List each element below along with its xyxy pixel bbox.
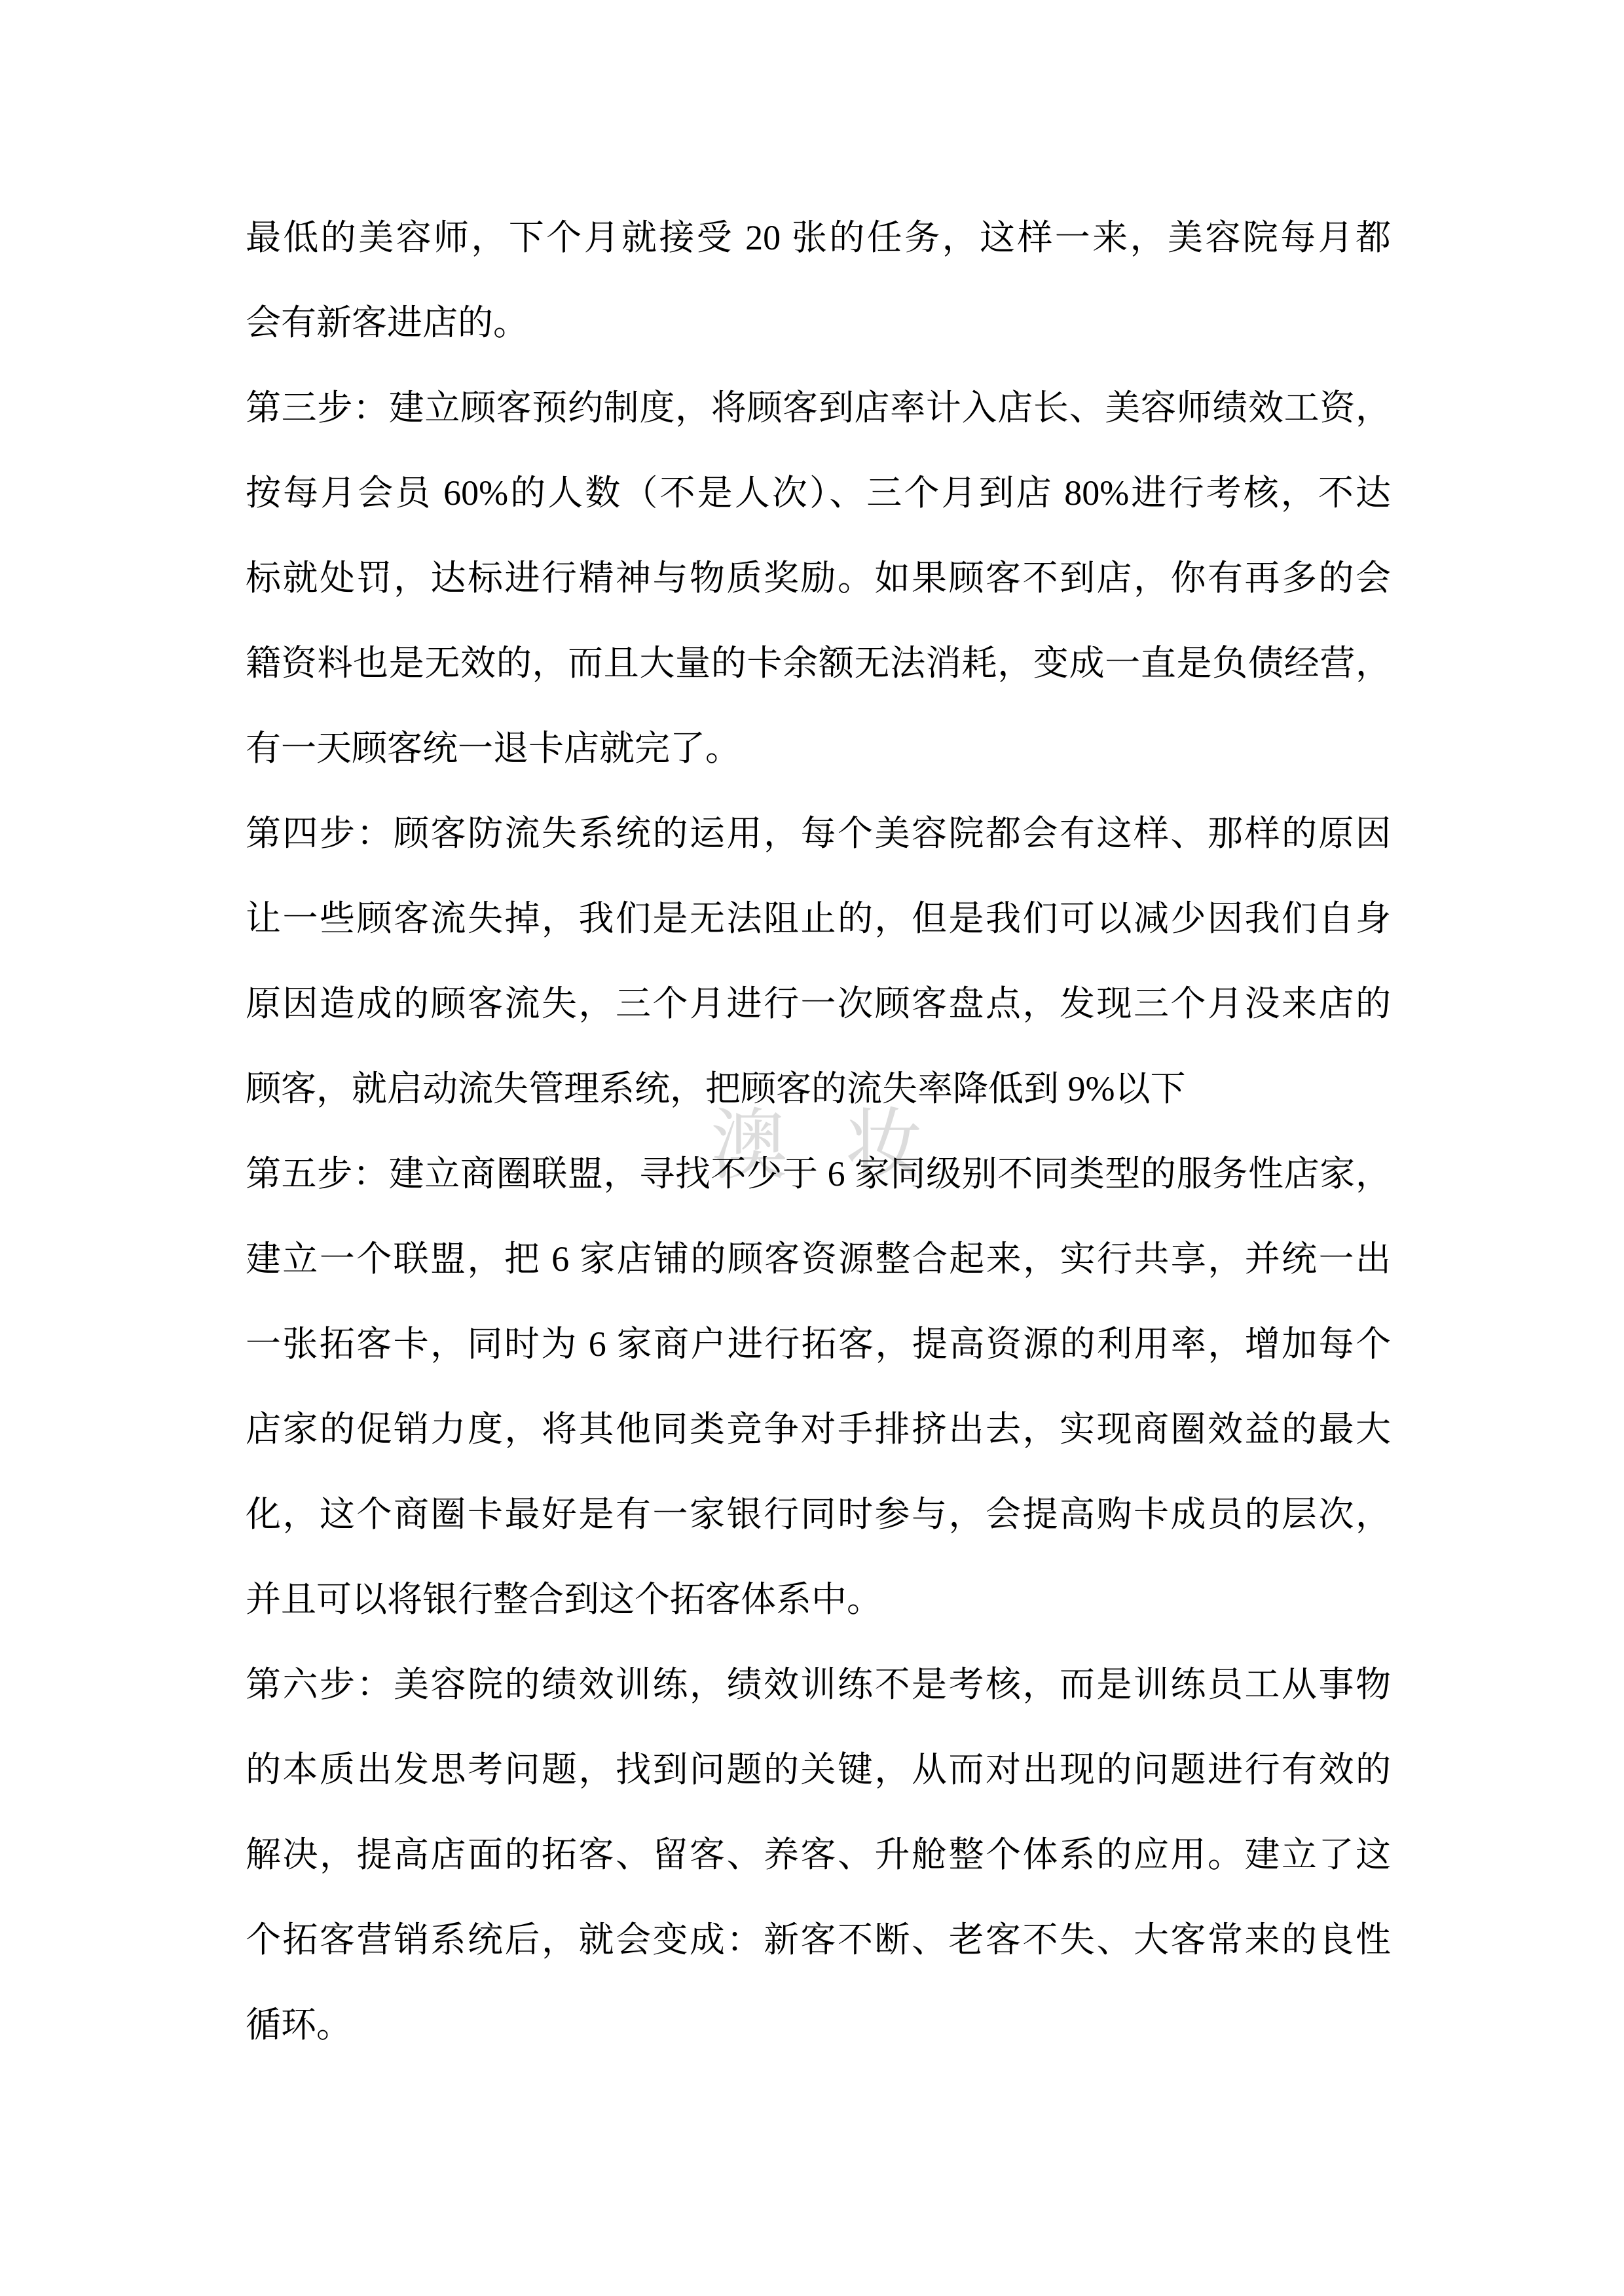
text-line: 建立一个联盟，把 6 家店铺的顾客资源整合起来，实行共享，并统一出 bbox=[246, 1216, 1391, 1302]
text-line: 第四步：顾客防流失系统的运用，每个美容院都会有这样、那样的原因 bbox=[246, 791, 1391, 876]
text-line: 籍资料也是无效的，而且大量的卡余额无法消耗，变成一直是负债经营， bbox=[246, 621, 1391, 706]
text-line: 顾客，就启动流失管理系统，把顾客的流失率降低到 9%以下 bbox=[246, 1046, 1391, 1131]
text-line: 一张拓客卡，同时为 6 家商户进行拓客，提高资源的利用率，增加每个 bbox=[246, 1302, 1391, 1387]
document-page: 澳妆 最低的美容师，下个月就接受 20 张的任务，这样一来，美容院每月都 会有新… bbox=[0, 0, 1624, 2296]
text-line: 店家的促销力度，将其他同类竞争对手排挤出去，实现商圈效益的最大 bbox=[246, 1387, 1391, 1472]
text-line: 标就处罚，达标进行精神与物质奖励。如果顾客不到店，你有再多的会 bbox=[246, 536, 1391, 621]
text-line: 并且可以将银行整合到这个拓客体系中。 bbox=[246, 1557, 1391, 1642]
text-line: 让一些顾客流失掉，我们是无法阻止的，但是我们可以减少因我们自身 bbox=[246, 876, 1391, 961]
text-line: 最低的美容师，下个月就接受 20 张的任务，这样一来，美容院每月都 bbox=[246, 195, 1391, 280]
text-line: 会有新客进店的。 bbox=[246, 280, 1391, 365]
text-line: 个拓客营销系统后，就会变成：新客不断、老客不失、大客常来的良性 bbox=[246, 1897, 1391, 1982]
document-body: 最低的美容师，下个月就接受 20 张的任务，这样一来，美容院每月都 会有新客进店… bbox=[246, 195, 1391, 2068]
text-line: 有一天顾客统一退卡店就完了。 bbox=[246, 706, 1391, 791]
text-line: 循环。 bbox=[246, 1982, 1391, 2068]
text-line: 的本质出发思考问题，找到问题的关键，从而对出现的问题进行有效的 bbox=[246, 1727, 1391, 1812]
text-line: 原因造成的顾客流失，三个月进行一次顾客盘点，发现三个月没来店的 bbox=[246, 961, 1391, 1046]
text-line: 第五步：建立商圈联盟，寻找不少于 6 家同级别不同类型的服务性店家， bbox=[246, 1131, 1391, 1216]
text-line: 解决，提高店面的拓客、留客、养客、升舱整个体系的应用。建立了这 bbox=[246, 1812, 1391, 1897]
text-line: 按每月会员 60%的人数（不是人次）、三个月到店 80%进行考核，不达 bbox=[246, 450, 1391, 536]
text-line: 化，这个商圈卡最好是有一家银行同时参与，会提高购卡成员的层次， bbox=[246, 1472, 1391, 1557]
text-line: 第六步：美容院的绩效训练，绩效训练不是考核，而是训练员工从事物 bbox=[246, 1642, 1391, 1727]
text-line: 第三步：建立顾客预约制度，将顾客到店率计入店长、美容师绩效工资， bbox=[246, 365, 1391, 450]
